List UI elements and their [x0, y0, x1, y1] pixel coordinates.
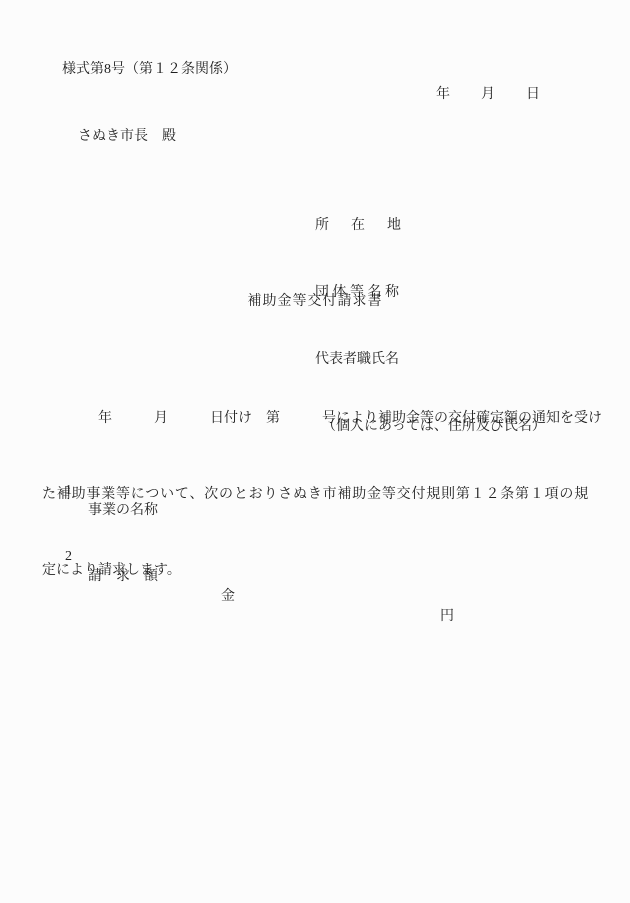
body-paragraph: 年 月 日付け 第 号により補助金等の交付確定額の通知を受け た補助事業等につい…: [42, 355, 598, 634]
document-page: 様式第8号（第１２条関係） 年 月 日 さぬき市長 殿 所 在 地 団 体 等 …: [0, 0, 630, 903]
item-2-row: 2 請 求 額 金 円: [0, 527, 630, 547]
form-number-label: 様式第8号（第１２条関係）: [62, 62, 237, 78]
item-2-number: 2: [65, 547, 72, 567]
body-paragraph-line-1: 年 月 日付け 第 号により補助金等の交付確定額の通知を受け: [42, 406, 598, 431]
item-2-label: 請 求 額: [88, 567, 158, 587]
amount-prefix-label: 金: [221, 587, 235, 607]
addressee-line: さぬき市長 殿: [78, 128, 176, 146]
item-1-label: 事業の名称: [88, 501, 158, 521]
document-title: 補助金等交付請求書: [0, 292, 630, 312]
amount-unit-label: 円: [440, 607, 454, 627]
item-1-number: 1: [65, 481, 72, 501]
issue-date-line: 年 月 日: [436, 85, 541, 104]
applicant-address-label: 所 在 地: [315, 215, 546, 237]
item-1-row: 1 事業の名称: [0, 461, 630, 481]
